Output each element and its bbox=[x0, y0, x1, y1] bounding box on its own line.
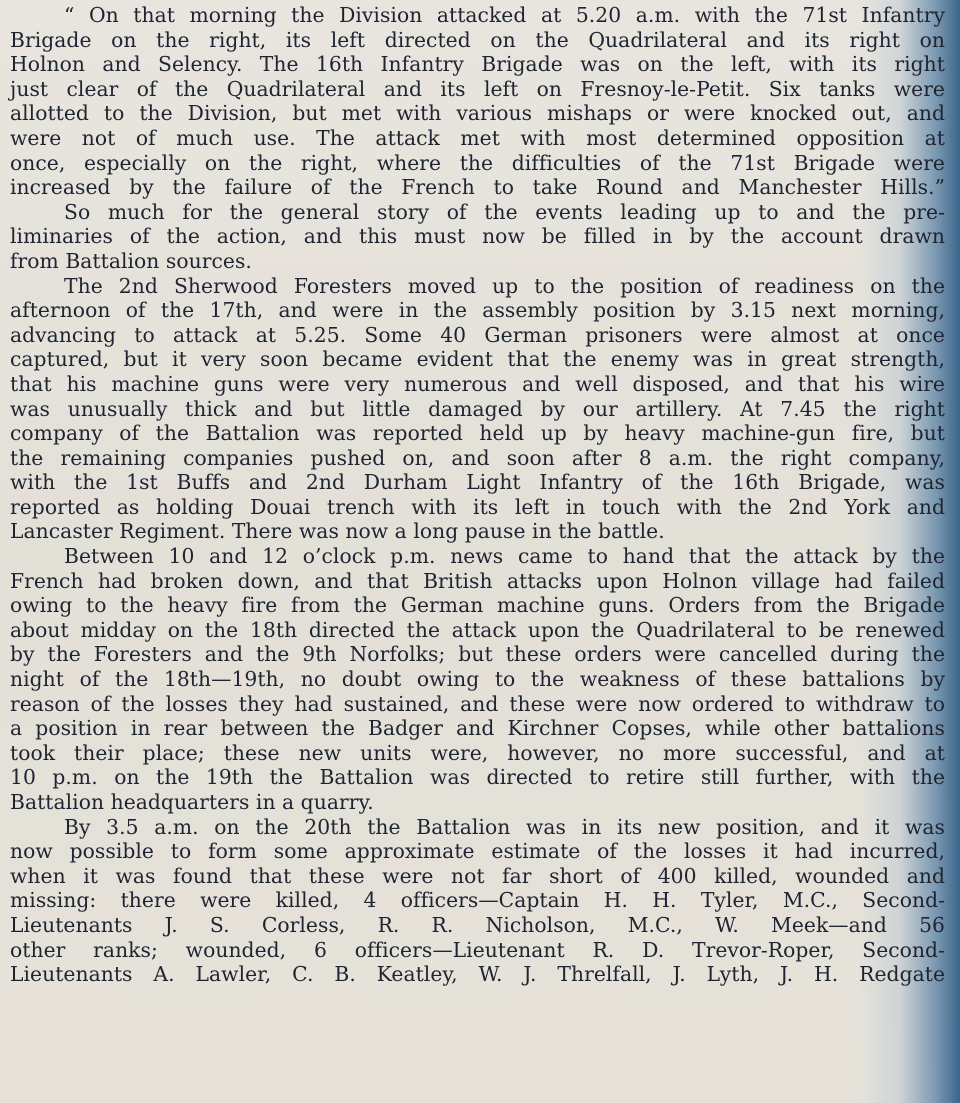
paragraph-by-3-5-am: By 3.5 a.m. on the 20th the Battalion wa… bbox=[10, 815, 945, 987]
text-line: allotted to the Division, but met with v… bbox=[10, 101, 945, 126]
text-line: Between 10 and 12 o’clock p.m. news came… bbox=[10, 544, 945, 569]
text-line: French had broken down, and that British… bbox=[10, 569, 945, 594]
text-line: 10 p.m. on the 19th the Battalion was di… bbox=[10, 765, 945, 790]
text-line: other ranks; wounded, 6 officers—Lieuten… bbox=[10, 938, 945, 963]
text-line: just clear of the Quadrilateral and its … bbox=[10, 77, 945, 102]
text-line: from Battalion sources. bbox=[10, 249, 945, 274]
text-line: reason of the losses they had sustained,… bbox=[10, 692, 945, 717]
text-line: Lieutenants J. S. Corless, R. R. Nichols… bbox=[10, 913, 945, 938]
text-line: By 3.5 a.m. on the 20th the Battalion wa… bbox=[10, 815, 945, 840]
text-line: when it was found that these were not fa… bbox=[10, 864, 945, 889]
text-line: The 2nd Sherwood Foresters moved up to t… bbox=[10, 274, 945, 299]
text-line: liminaries of the action, and this must … bbox=[10, 224, 945, 249]
text-line: company of the Battalion was reported he… bbox=[10, 421, 945, 446]
text-line: “ On that morning the Division attacked … bbox=[10, 3, 945, 28]
paragraph-general-story: So much for the general story of the eve… bbox=[10, 200, 945, 274]
text-line: advancing to attack at 5.25. Some 40 Ger… bbox=[10, 323, 945, 348]
text-line: reported as holding Douai trench with it… bbox=[10, 495, 945, 520]
text-line: Battalion headquarters in a quarry. bbox=[10, 790, 945, 815]
text-line: was unusually thick and but little damag… bbox=[10, 397, 945, 422]
text-line: that his machine guns were very numerous… bbox=[10, 372, 945, 397]
paragraph-quote: “ On that morning the Division attacked … bbox=[10, 3, 945, 200]
text-line: by the Foresters and the 9th Norfolks; b… bbox=[10, 642, 945, 667]
text-line: about midday on the 18th directed the at… bbox=[10, 618, 945, 643]
text-line: Lancaster Regiment. There was now a long… bbox=[10, 519, 945, 544]
text-line: once, especially on the right, where the… bbox=[10, 151, 945, 176]
text-line: the remaining companies pushed on, and s… bbox=[10, 446, 945, 471]
text-line: captured, but it very soon became eviden… bbox=[10, 347, 945, 372]
text-line: were not of much use. The attack met wit… bbox=[10, 126, 945, 151]
text-line: Holnon and Selency. The 16th Infantry Br… bbox=[10, 52, 945, 77]
paragraph-sherwood-foresters: The 2nd Sherwood Foresters moved up to t… bbox=[10, 274, 945, 545]
text-line: Brigade on the right, its left directed … bbox=[10, 28, 945, 53]
text-line: now possible to form some approximate es… bbox=[10, 839, 945, 864]
text-line: So much for the general story of the eve… bbox=[10, 200, 945, 225]
paragraph-between-10-and-12: Between 10 and 12 o’clock p.m. news came… bbox=[10, 544, 945, 815]
text-line: with the 1st Buffs and 2nd Durham Light … bbox=[10, 470, 945, 495]
text-line: missing: there were killed, 4 officers—C… bbox=[10, 888, 945, 913]
scanned-book-page: “ On that morning the Division attacked … bbox=[0, 0, 960, 1103]
text-line: took their place; these new units were, … bbox=[10, 741, 945, 766]
text-line: night of the 18th—19th, no doubt owing t… bbox=[10, 667, 945, 692]
text-line: a position in rear between the Badger an… bbox=[10, 716, 945, 741]
text-line: owing to the heavy fire from the German … bbox=[10, 593, 945, 618]
page-body-text: “ On that morning the Division attacked … bbox=[10, 3, 945, 987]
text-line: increased by the failure of the French t… bbox=[10, 175, 945, 200]
text-line: afternoon of the 17th, and were in the a… bbox=[10, 298, 945, 323]
text-line: Lieutenants A. Lawler, C. B. Keatley, W.… bbox=[10, 962, 945, 987]
